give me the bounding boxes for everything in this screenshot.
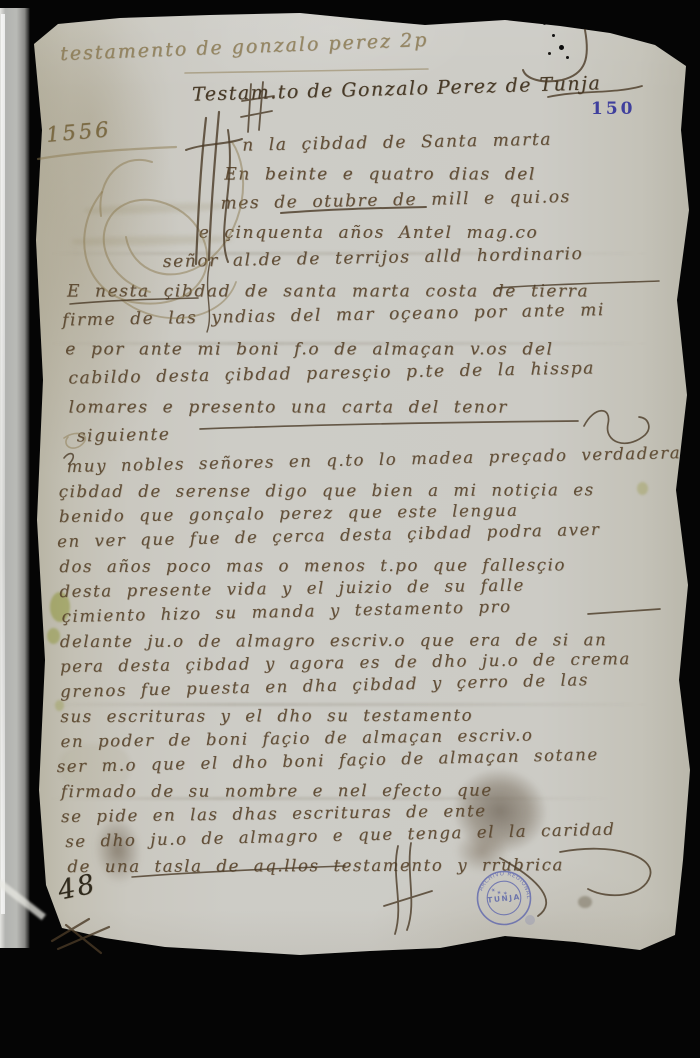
document-title: Testam.to de Gonzalo Perez de Tunja: [192, 72, 602, 105]
edge-specks: [543, 22, 546, 25]
folio-number-stamp: 150: [591, 99, 636, 119]
manuscript-line: n la çibdad de Santa marta: [242, 124, 661, 161]
manuscript-line: de una tasla de aq.llos testamento y rru…: [67, 852, 667, 879]
paper-spot: [578, 896, 592, 908]
manuscript-page: testamento de gonzalo perez 2p Testam.to…: [0, 0, 700, 1058]
page-number: 48: [55, 868, 99, 906]
archive-note-faded: testamento de gonzalo perez 2p: [60, 29, 429, 65]
manuscript-scan: testamento de gonzalo perez 2p Testam.to…: [0, 0, 700, 1058]
paragraph-opening: n la çibdad de Santa martaEn beinte e qu…: [61, 129, 663, 451]
mold-spot: [47, 628, 60, 644]
paragraph-petition: muy nobles señores en q.to lo madea preç…: [59, 450, 668, 879]
page-edge-highlight: [1, 14, 5, 914]
